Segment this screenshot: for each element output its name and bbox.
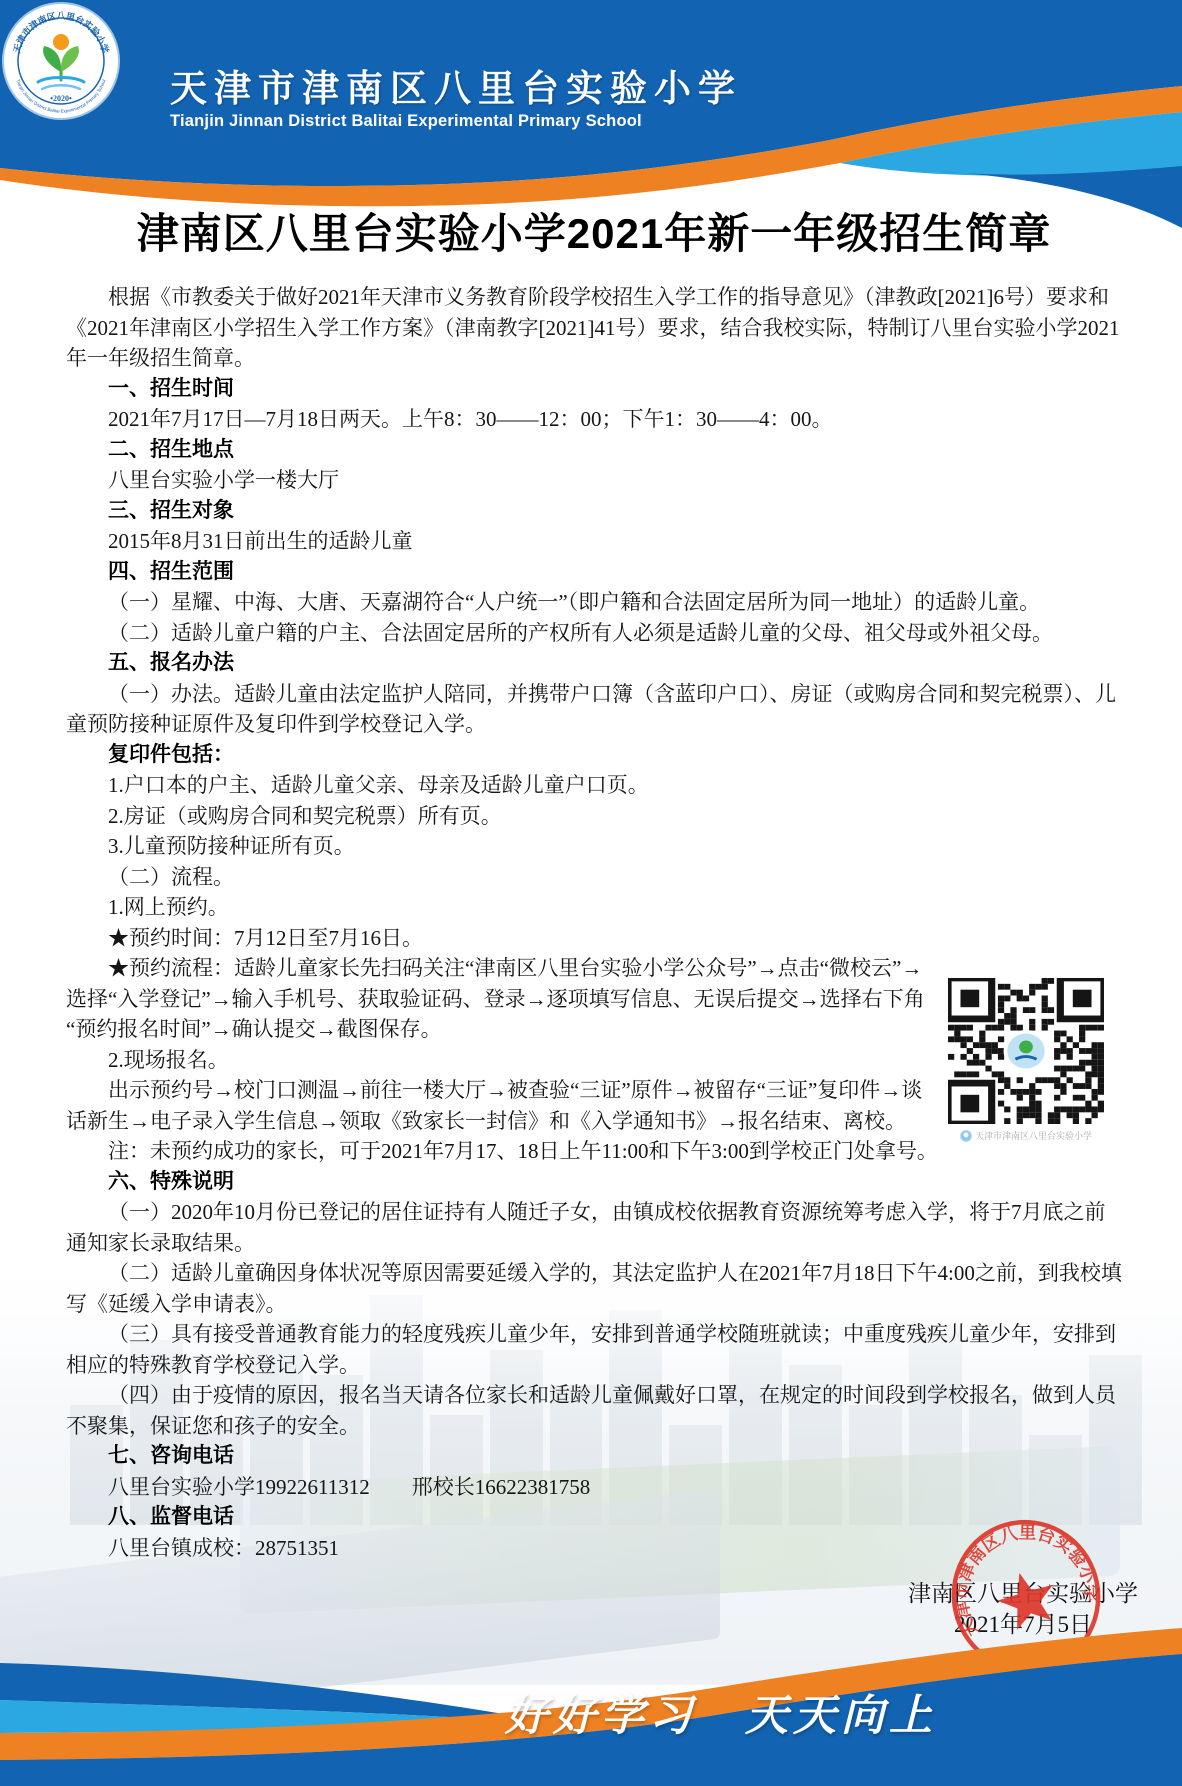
body-paragraph: 2.现场报名。 xyxy=(66,1045,942,1076)
section-heading: 七、咨询电话 xyxy=(66,1441,1122,1472)
qr-caption: 天津市津南区八里台实验小学 xyxy=(948,1129,1104,1142)
body-paragraph: 2.房证（或购房合同和契完税票）所有页。 xyxy=(66,801,1122,832)
body-paragraph: 3.儿童预防接种证所有页。 xyxy=(66,831,1122,862)
body-paragraph: ★预约流程：适龄儿童家长先扫码关注“津南区八里台实验小学公众号”→点击“微校云”… xyxy=(66,953,942,1045)
section-heading: 五、报名办法 xyxy=(66,648,1122,679)
body-paragraph: 八里台实验小学一楼大厅 xyxy=(66,465,1122,496)
footer-motto: 好好学习 天天向上 xyxy=(505,1682,1125,1743)
body-paragraph: （二）适龄儿童户籍的户主、合法固定居所的产权所有人必须是适龄儿童的父母、祖父母或… xyxy=(66,618,1122,649)
qr-caption-text: 天津市津南区八里台实验小学 xyxy=(975,1129,1092,1142)
qr-code xyxy=(948,978,1104,1124)
body-paragraph: （二）流程。 xyxy=(66,862,1122,893)
section-heading: 四、招生范围 xyxy=(66,557,1122,588)
body-paragraph: 八里台实验小学19922611312 邢校长16622381758 xyxy=(66,1472,1122,1503)
body-paragraph: （二）适龄儿童确因身体状况等原因需要延缓入学的，其法定监护人在2021年7月18… xyxy=(66,1258,1122,1319)
section-heading: 八、监督电话 xyxy=(66,1502,1122,1533)
body-paragraph: ★预约时间：7月12日至7月16日。 xyxy=(66,923,1122,954)
notice-body: 根据《市教委关于做好2021年天津市义务教育阶段学校招生入学工作的指导意见》（津… xyxy=(66,282,1122,1563)
section-heading: 复印件包括： xyxy=(66,740,1122,771)
section-heading: 一、招生时间 xyxy=(66,374,1122,405)
body-paragraph: 1.网上预约。 xyxy=(66,892,1122,923)
section-heading: 三、招生对象 xyxy=(66,496,1122,527)
qr-caption-logo-icon xyxy=(960,1130,972,1142)
body-paragraph: 根据《市教委关于做好2021年天津市义务教育阶段学校招生入学工作的指导意见》（津… xyxy=(66,282,1122,374)
section-heading: 二、招生地点 xyxy=(66,435,1122,466)
notice-content: 津南区八里台实验小学2021年新一年级招生简章 根据《市教委关于做好2021年天… xyxy=(0,0,1182,1563)
body-paragraph: （三）具有接受普通教育能力的轻度残疾儿童少年，安排到普通学校随班就读；中重度残疾… xyxy=(66,1319,1122,1380)
body-paragraph: （四）由于疫情的原因，报名当天请各位家长和适龄儿童佩戴好口罩，在规定的时间段到学… xyxy=(66,1380,1122,1441)
body-paragraph: （一）2020年10月份已登记的居住证持有人随迁子女，由镇成校依据教育资源统筹考… xyxy=(66,1197,1122,1258)
notice-title: 津南区八里台实验小学2021年新一年级招生简章 xyxy=(66,210,1122,258)
qr-block: 天津市津南区八里台实验小学 xyxy=(948,978,1104,1142)
body-paragraph: （一）星耀、中海、大唐、天嘉湖符合“人户统一”（即户籍和合法固定居所为同一地址）… xyxy=(66,587,1122,618)
admission-notice-poster: 天津市津南区八里台实验小学 Tianjin Jinnan District Ba… xyxy=(0,0,1182,1786)
body-paragraph: 2015年8月31日前出生的适龄儿童 xyxy=(66,526,1122,557)
body-paragraph: （一）办法。适龄儿童由法定监护人陪同，并携带户口簿（含蓝印户口）、房证（或购房合… xyxy=(66,679,1122,740)
body-paragraph: 1.户口本的户主、适龄儿童父亲、母亲及适龄儿童户口页。 xyxy=(66,770,1122,801)
body-paragraph: 出示预约号→校门口测温→前往一楼大厅→被查验“三证”原件→被留存“三证”复印件→… xyxy=(66,1075,942,1136)
body-paragraph: 2021年7月17日—7月18日两天。上午8：30——12：00；下午1：30—… xyxy=(66,404,1122,435)
footer-banner: 好好学习 天天向上 xyxy=(0,1606,1182,1786)
section-heading: 六、特殊说明 xyxy=(66,1167,1122,1198)
